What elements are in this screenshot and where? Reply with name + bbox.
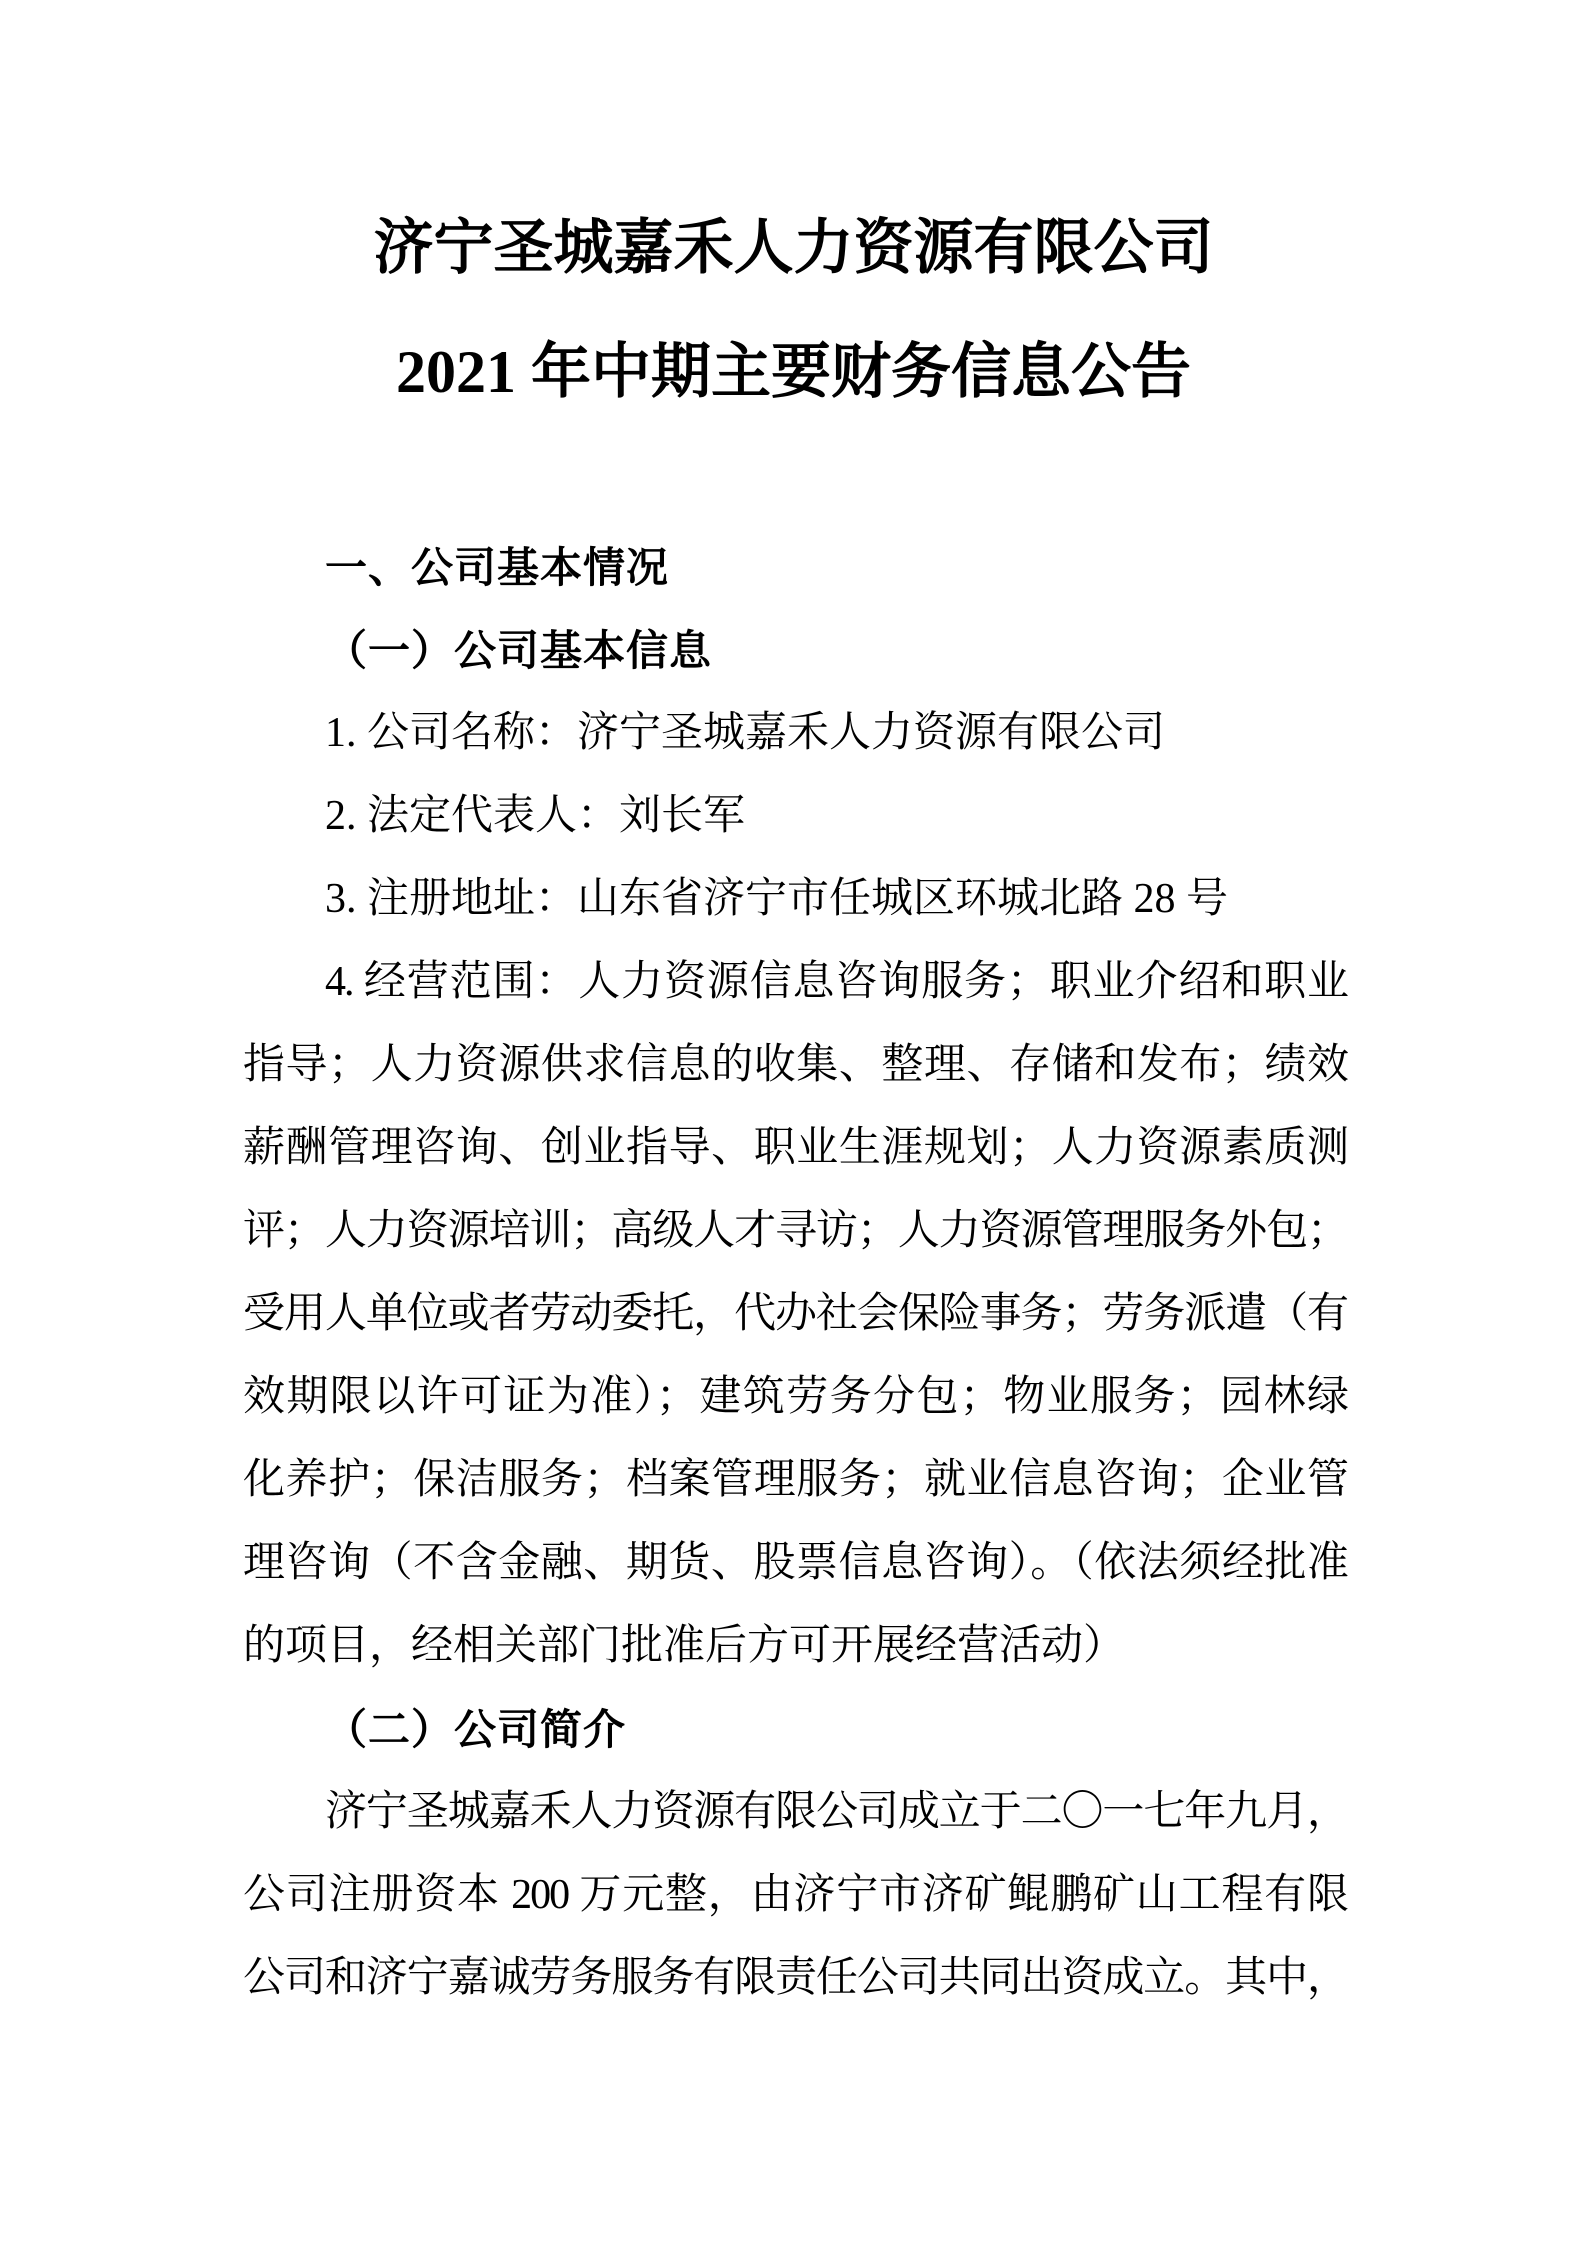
document-body: 一、公司基本情况 （一）公司基本信息 1. 公司名称：济宁圣城嘉禾人力资源有限公… <box>243 526 1347 2020</box>
business-scope-line: 理咨询（不含金融、期货、股票信息咨询）。（依法须经批准 <box>243 1522 1347 1605</box>
document-title-line-1: 济宁圣城嘉禾人力资源有限公司 <box>0 186 1587 310</box>
document-title-block: 济宁圣城嘉禾人力资源有限公司 2021 年中期主要财务信息公告 <box>0 0 1587 434</box>
company-name-item: 1. 公司名称：济宁圣城嘉禾人力资源有限公司 <box>243 692 1347 775</box>
business-scope-line: 化养护；保洁服务；档案管理服务；就业信息咨询；企业管 <box>243 1439 1347 1522</box>
section-1-sub-2-heading: （二）公司简介 <box>243 1688 1347 1771</box>
registered-address-item: 3. 注册地址：山东省济宁市任城区环城北路 28 号 <box>243 858 1347 941</box>
document-page: 济宁圣城嘉禾人力资源有限公司 2021 年中期主要财务信息公告 一、公司基本情况… <box>0 0 1587 2245</box>
business-scope-line: 效期限以许可证为准）；建筑劳务分包；物业服务；园林绿 <box>243 1356 1347 1439</box>
section-1-sub-1-heading: （一）公司基本信息 <box>243 609 1347 692</box>
document-title-line-2: 2021 年中期主要财务信息公告 <box>0 310 1587 434</box>
company-intro-line: 公司和济宁嘉诚劳务服务有限责任公司共同出资成立。其中， <box>243 1937 1347 2020</box>
business-scope-line: 的项目，经相关部门批准后方可开展经营活动） <box>243 1605 1347 1688</box>
business-scope-line: 薪酬管理咨询、创业指导、职业生涯规划；人力资源素质测 <box>243 1107 1347 1190</box>
legal-representative-item: 2. 法定代表人：刘长军 <box>243 775 1347 858</box>
business-scope-line: 受用人单位或者劳动委托，代办社会保险事务；劳务派遣（有 <box>243 1273 1347 1356</box>
company-intro-line: 济宁圣城嘉禾人力资源有限公司成立于二〇一七年九月， <box>243 1771 1347 1854</box>
business-scope-line: 评；人力资源培训；高级人才寻访；人力资源管理服务外包； <box>243 1190 1347 1273</box>
business-scope-line: 指导；人力资源供求信息的收集、整理、存储和发布；绩效 <box>243 1024 1347 1107</box>
section-1-heading: 一、公司基本情况 <box>243 526 1347 609</box>
company-intro-line: 公司注册资本 200 万元整，由济宁市济矿鲲鹏矿山工程有限 <box>243 1854 1347 1937</box>
business-scope-line: 4. 经营范围：人力资源信息咨询服务；职业介绍和职业 <box>243 941 1347 1024</box>
